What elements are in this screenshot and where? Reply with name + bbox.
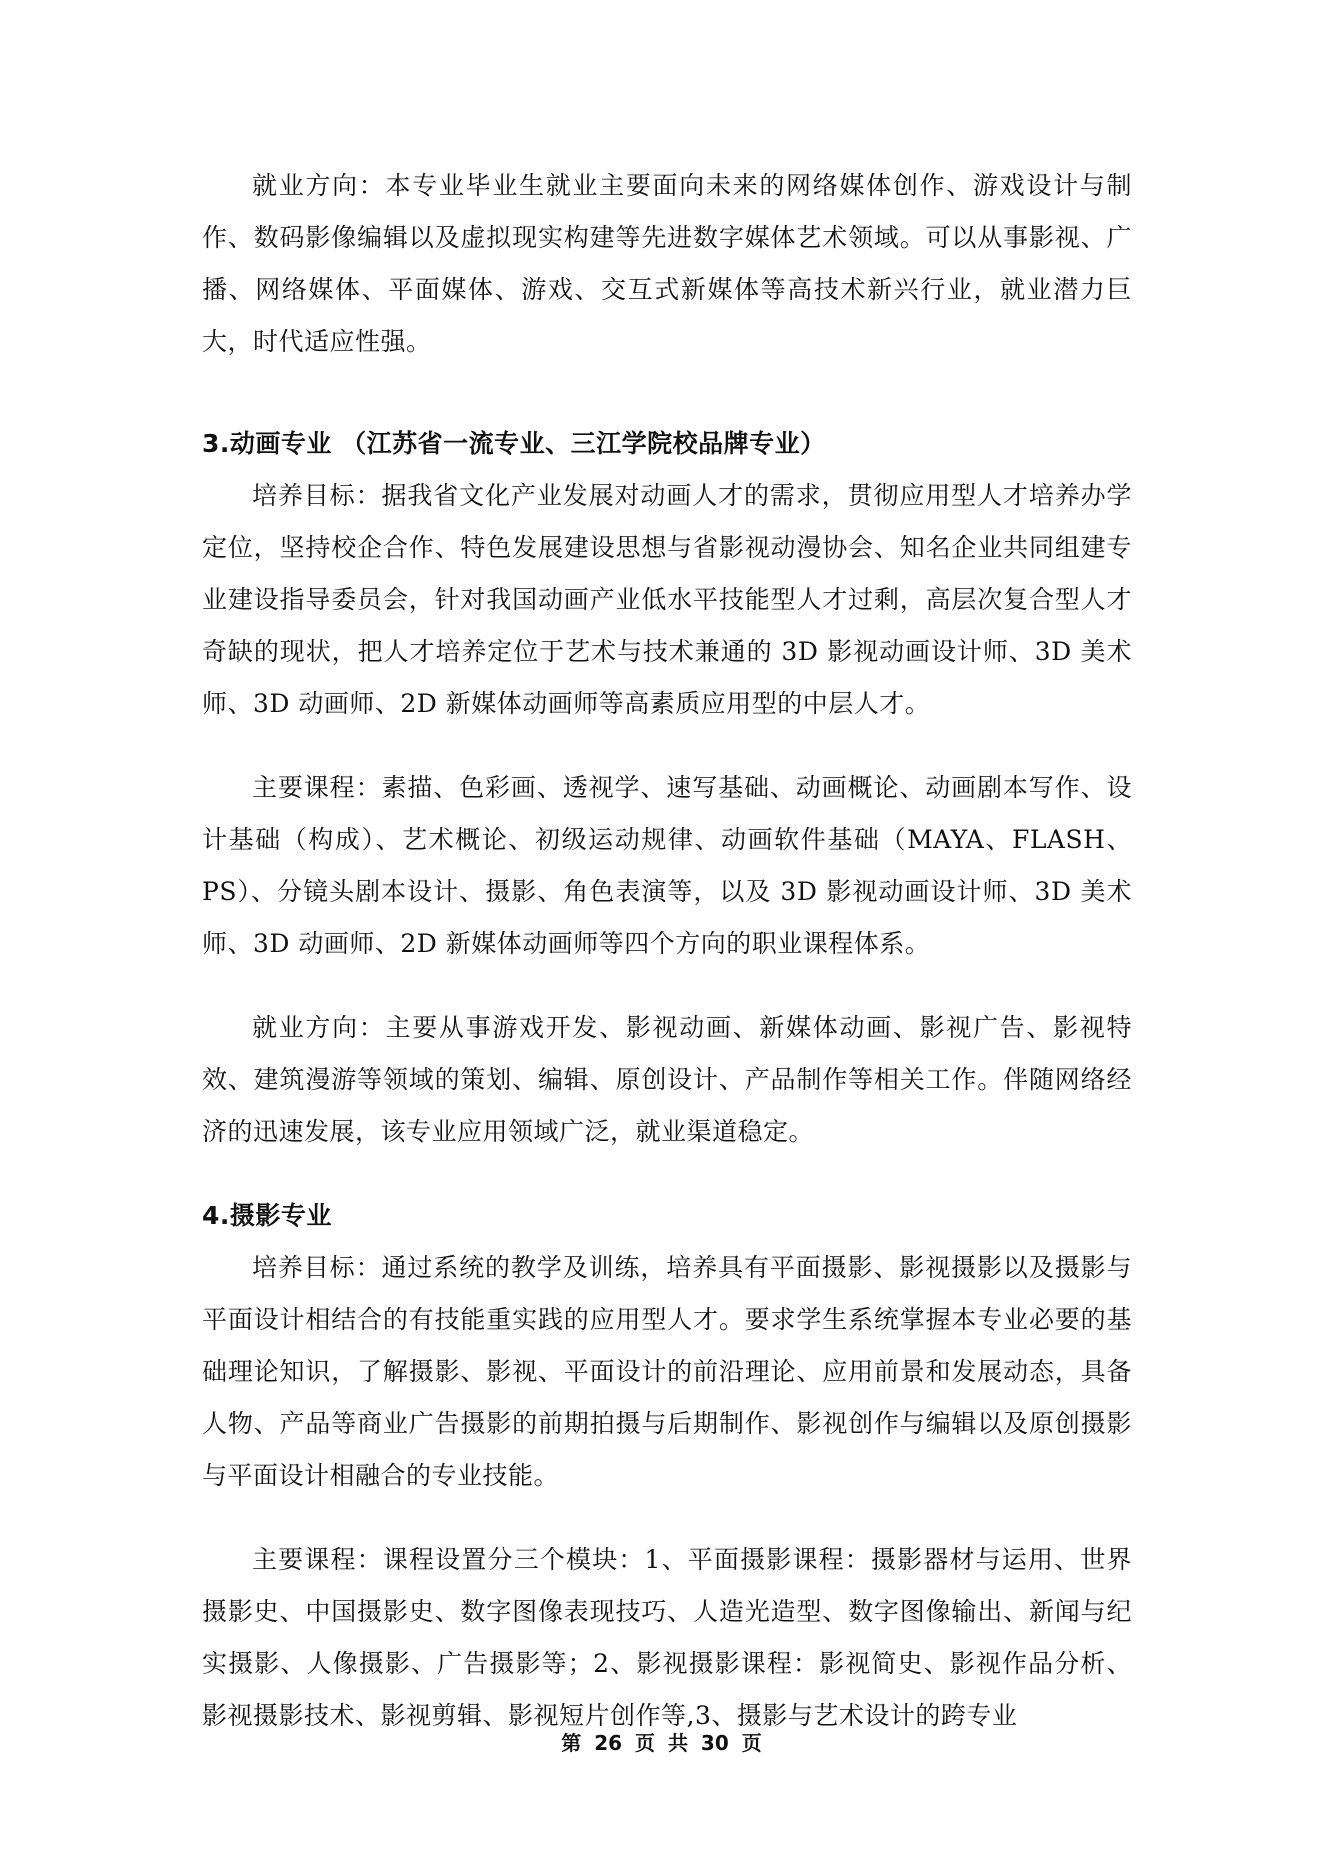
- spacer: [202, 730, 1132, 762]
- spacer: [202, 368, 1132, 400]
- spacer: [202, 1502, 1132, 1534]
- section-heading-photography: 4.摄影专业: [202, 1190, 1132, 1242]
- spacer: [202, 970, 1132, 1002]
- paragraph-training-goal-animation: 培养目标：据我省文化产业发展对动画人才的需求，贯彻应用型人才培养办学定位，坚持校…: [202, 470, 1132, 730]
- section-heading-animation: 3.动画专业 （江苏省一流专业、三江学院校品牌专业）: [202, 418, 1132, 470]
- paragraph-main-courses-photography: 主要课程：课程设置分三个模块：1、平面摄影课程：摄影器材与运用、世界摄影史、中国…: [202, 1534, 1132, 1742]
- paragraph-employment-direction-animation: 就业方向：主要从事游戏开发、影视动画、新媒体动画、影视广告、影视特效、建筑漫游等…: [202, 1002, 1132, 1158]
- paragraph-employment-direction-digital-media: 就业方向：本专业毕业生就业主要面向未来的网络媒体创作、游戏设计与制作、数码影像编…: [202, 160, 1132, 368]
- spacer: [202, 1158, 1132, 1172]
- paragraph-main-courses-animation: 主要课程：素描、色彩画、透视学、速写基础、动画概论、动画剧本写作、设计基础（构成…: [202, 762, 1132, 970]
- document-page: 就业方向：本专业毕业生就业主要面向未来的网络媒体创作、游戏设计与制作、数码影像编…: [202, 160, 1132, 1742]
- page-number-footer: 第 26 页 共 30 页: [0, 1727, 1323, 1756]
- paragraph-training-goal-photography: 培养目标：通过系统的教学及训练，培养具有平面摄影、影视摄影以及摄影与平面设计相结…: [202, 1242, 1132, 1502]
